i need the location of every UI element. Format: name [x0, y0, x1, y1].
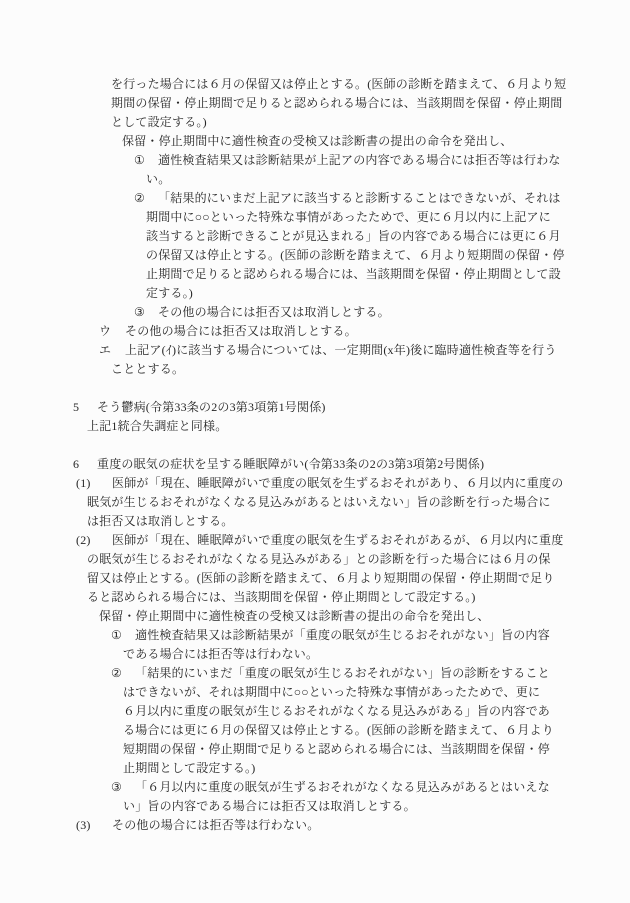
- document-line: 保留・停止期間中に適性検査の受検又は診断書の提出の命令を発出し、: [0, 132, 630, 151]
- list-marker: エ: [99, 341, 125, 360]
- line-text: その他の場合には拒否又は取消しとする。: [158, 305, 390, 319]
- document-line: 保留・停止期間中に適性検査の受検又は診断書の提出の命令を発出し、: [0, 607, 630, 626]
- document-line: ６月以内に重度の眠気が生じるおそれがなくなる見込みがある」旨の内容であ: [0, 702, 630, 721]
- line-text: 医師が「現在、睡眠障がいで重度の眠気を生ずるおそれがあり、６月以内に重度の: [112, 476, 563, 490]
- document-line: 留又は停止とする。(医師の診断を踏まえて、６月より短期間の保留・停止期間で足り: [0, 569, 630, 588]
- document-line: ると認められる場合には、当該期間を保留・停止期間として設定する。): [0, 588, 630, 607]
- document-line: はできないが、それは期間中に○○といった特殊な事情があったためで、更に: [0, 683, 630, 702]
- blank-line: [0, 379, 630, 398]
- blank-line: [0, 436, 630, 455]
- document-body: を行った場合には６月の保留又は停止とする。(医師の診断を踏まえて、６月より短期間…: [0, 75, 630, 835]
- document-page: を行った場合には６月の保留又は停止とする。(医師の診断を踏まえて、６月より短期間…: [0, 0, 630, 903]
- document-line: ②「結果的にいまだ上記アに該当すると診断することはできないが、それは: [0, 189, 630, 208]
- document-line: の眠気が生じるおそれがなくなる見込みがある」との診断を行った場合には６月の保: [0, 550, 630, 569]
- list-marker: ウ: [99, 322, 125, 341]
- document-line: 期間中に○○といった特殊な事情があったためで、更に６月以内に上記アに: [0, 208, 630, 227]
- list-marker: 5: [73, 398, 97, 417]
- document-line: は拒否又は取消しとする。: [0, 512, 630, 531]
- document-line: る場合には更に６月の保留又は停止とする。(医師の診断を踏まえて、６月より: [0, 721, 630, 740]
- document-line: い。: [0, 170, 630, 189]
- document-line: (1)医師が「現在、睡眠障がいで重度の眠気を生ずるおそれがあり、６月以内に重度の: [0, 474, 630, 493]
- document-line: として設定する。): [0, 113, 630, 132]
- line-text: 「結果的にいまだ上記アに該当すると診断することはできないが、それは: [158, 191, 561, 205]
- document-line: 上記1統合失調症と同様。: [0, 417, 630, 436]
- document-line: ③その他の場合には拒否又は取消しとする。: [0, 303, 630, 322]
- line-text: 重度の眠気の症状を呈する睡眠障がい(令第33条の2の3第3項第2号関係): [97, 457, 484, 471]
- document-line: ①適性検査結果又は診断結果が「重度の眠気が生じるおそれがない」旨の内容: [0, 626, 630, 645]
- list-marker: ①: [111, 626, 135, 645]
- document-line: エ上記ア(ｲ)に該当する場合については、一定期間(x年)後に臨時適性検査等を行う: [0, 341, 630, 360]
- list-marker: ②: [111, 664, 135, 683]
- line-text: 「結果的にいまだ「重度の眠気が生じるおそれがない」旨の診断をすること: [135, 666, 550, 680]
- document-line: 止期間で足りると認められる場合には、当該期間を保留・停止期間として設: [0, 265, 630, 284]
- document-line: 止期間として設定する。): [0, 759, 630, 778]
- list-marker: (2): [76, 531, 112, 550]
- document-line: ②「結果的にいまだ「重度の眠気が生じるおそれがない」旨の診断をすること: [0, 664, 630, 683]
- line-text: 「６月以内に重度の眠気が生ずるおそれがなくなる見込みがあるとはいえな: [135, 780, 550, 794]
- document-line: ウその他の場合には拒否又は取消しとする。: [0, 322, 630, 341]
- document-line: こととする。: [0, 360, 630, 379]
- document-line: 短期間の保留・停止期間で足りると認められる場合には、当該期間を保留・停: [0, 740, 630, 759]
- document-line: を行った場合には６月の保留又は停止とする。(医師の診断を踏まえて、６月より短: [0, 75, 630, 94]
- line-text: 適性検査結果又は診断結果が「重度の眠気が生じるおそれがない」旨の内容: [135, 628, 550, 642]
- document-line: 眠気が生じるおそれがなくなる見込みがあるとはいえない」旨の診断を行った場合に: [0, 493, 630, 512]
- document-line: 定する。): [0, 284, 630, 303]
- list-marker: 6: [73, 455, 97, 474]
- document-line: (2)医師が「現在、睡眠障がいで重度の眠気を生ずるおそれがあるが、６月以内に重度: [0, 531, 630, 550]
- list-marker: (1): [76, 474, 112, 493]
- line-text: その他の場合には拒否又は取消しとする。: [125, 324, 357, 338]
- document-line: 該当すると診断できることが見込まれる」旨の内容である場合には更に６月: [0, 227, 630, 246]
- line-text: 上記ア(ｲ)に該当する場合については、一定期間(x年)後に臨時適性検査等を行う: [125, 343, 557, 357]
- list-marker: ①: [134, 151, 158, 170]
- document-line: (3)その他の場合には拒否等は行わない。: [0, 816, 630, 835]
- line-text: 適性検査結果又は診断結果が上記アの内容である場合には拒否等は行わな: [158, 153, 561, 167]
- document-line: 期間の保留・停止期間で足りると認められる場合には、当該期間を保留・停止期間: [0, 94, 630, 113]
- document-line: の保留又は停止とする。(医師の診断を踏まえて、６月より短期間の保留・停: [0, 246, 630, 265]
- document-line: ③「６月以内に重度の眠気が生ずるおそれがなくなる見込みがあるとはいえな: [0, 778, 630, 797]
- document-line: 5そう鬱病(令第33条の2の3第3項第1号関係): [0, 398, 630, 417]
- document-line: ①適性検査結果又は診断結果が上記アの内容である場合には拒否等は行わな: [0, 151, 630, 170]
- line-text: その他の場合には拒否等は行わない。: [112, 818, 319, 832]
- line-text: 医師が「現在、睡眠障がいで重度の眠気を生ずるおそれがあるが、６月以内に重度: [112, 533, 563, 547]
- list-marker: (3): [76, 816, 112, 835]
- document-line: である場合には拒否等は行わない。: [0, 645, 630, 664]
- list-marker: ②: [134, 189, 158, 208]
- list-marker: ③: [134, 303, 158, 322]
- line-text: そう鬱病(令第33条の2の3第3項第1号関係): [97, 400, 326, 414]
- document-line: 6重度の眠気の症状を呈する睡眠障がい(令第33条の2の3第3項第2号関係): [0, 455, 630, 474]
- document-line: い」旨の内容である場合には拒否又は取消しとする。: [0, 797, 630, 816]
- list-marker: ③: [111, 778, 135, 797]
